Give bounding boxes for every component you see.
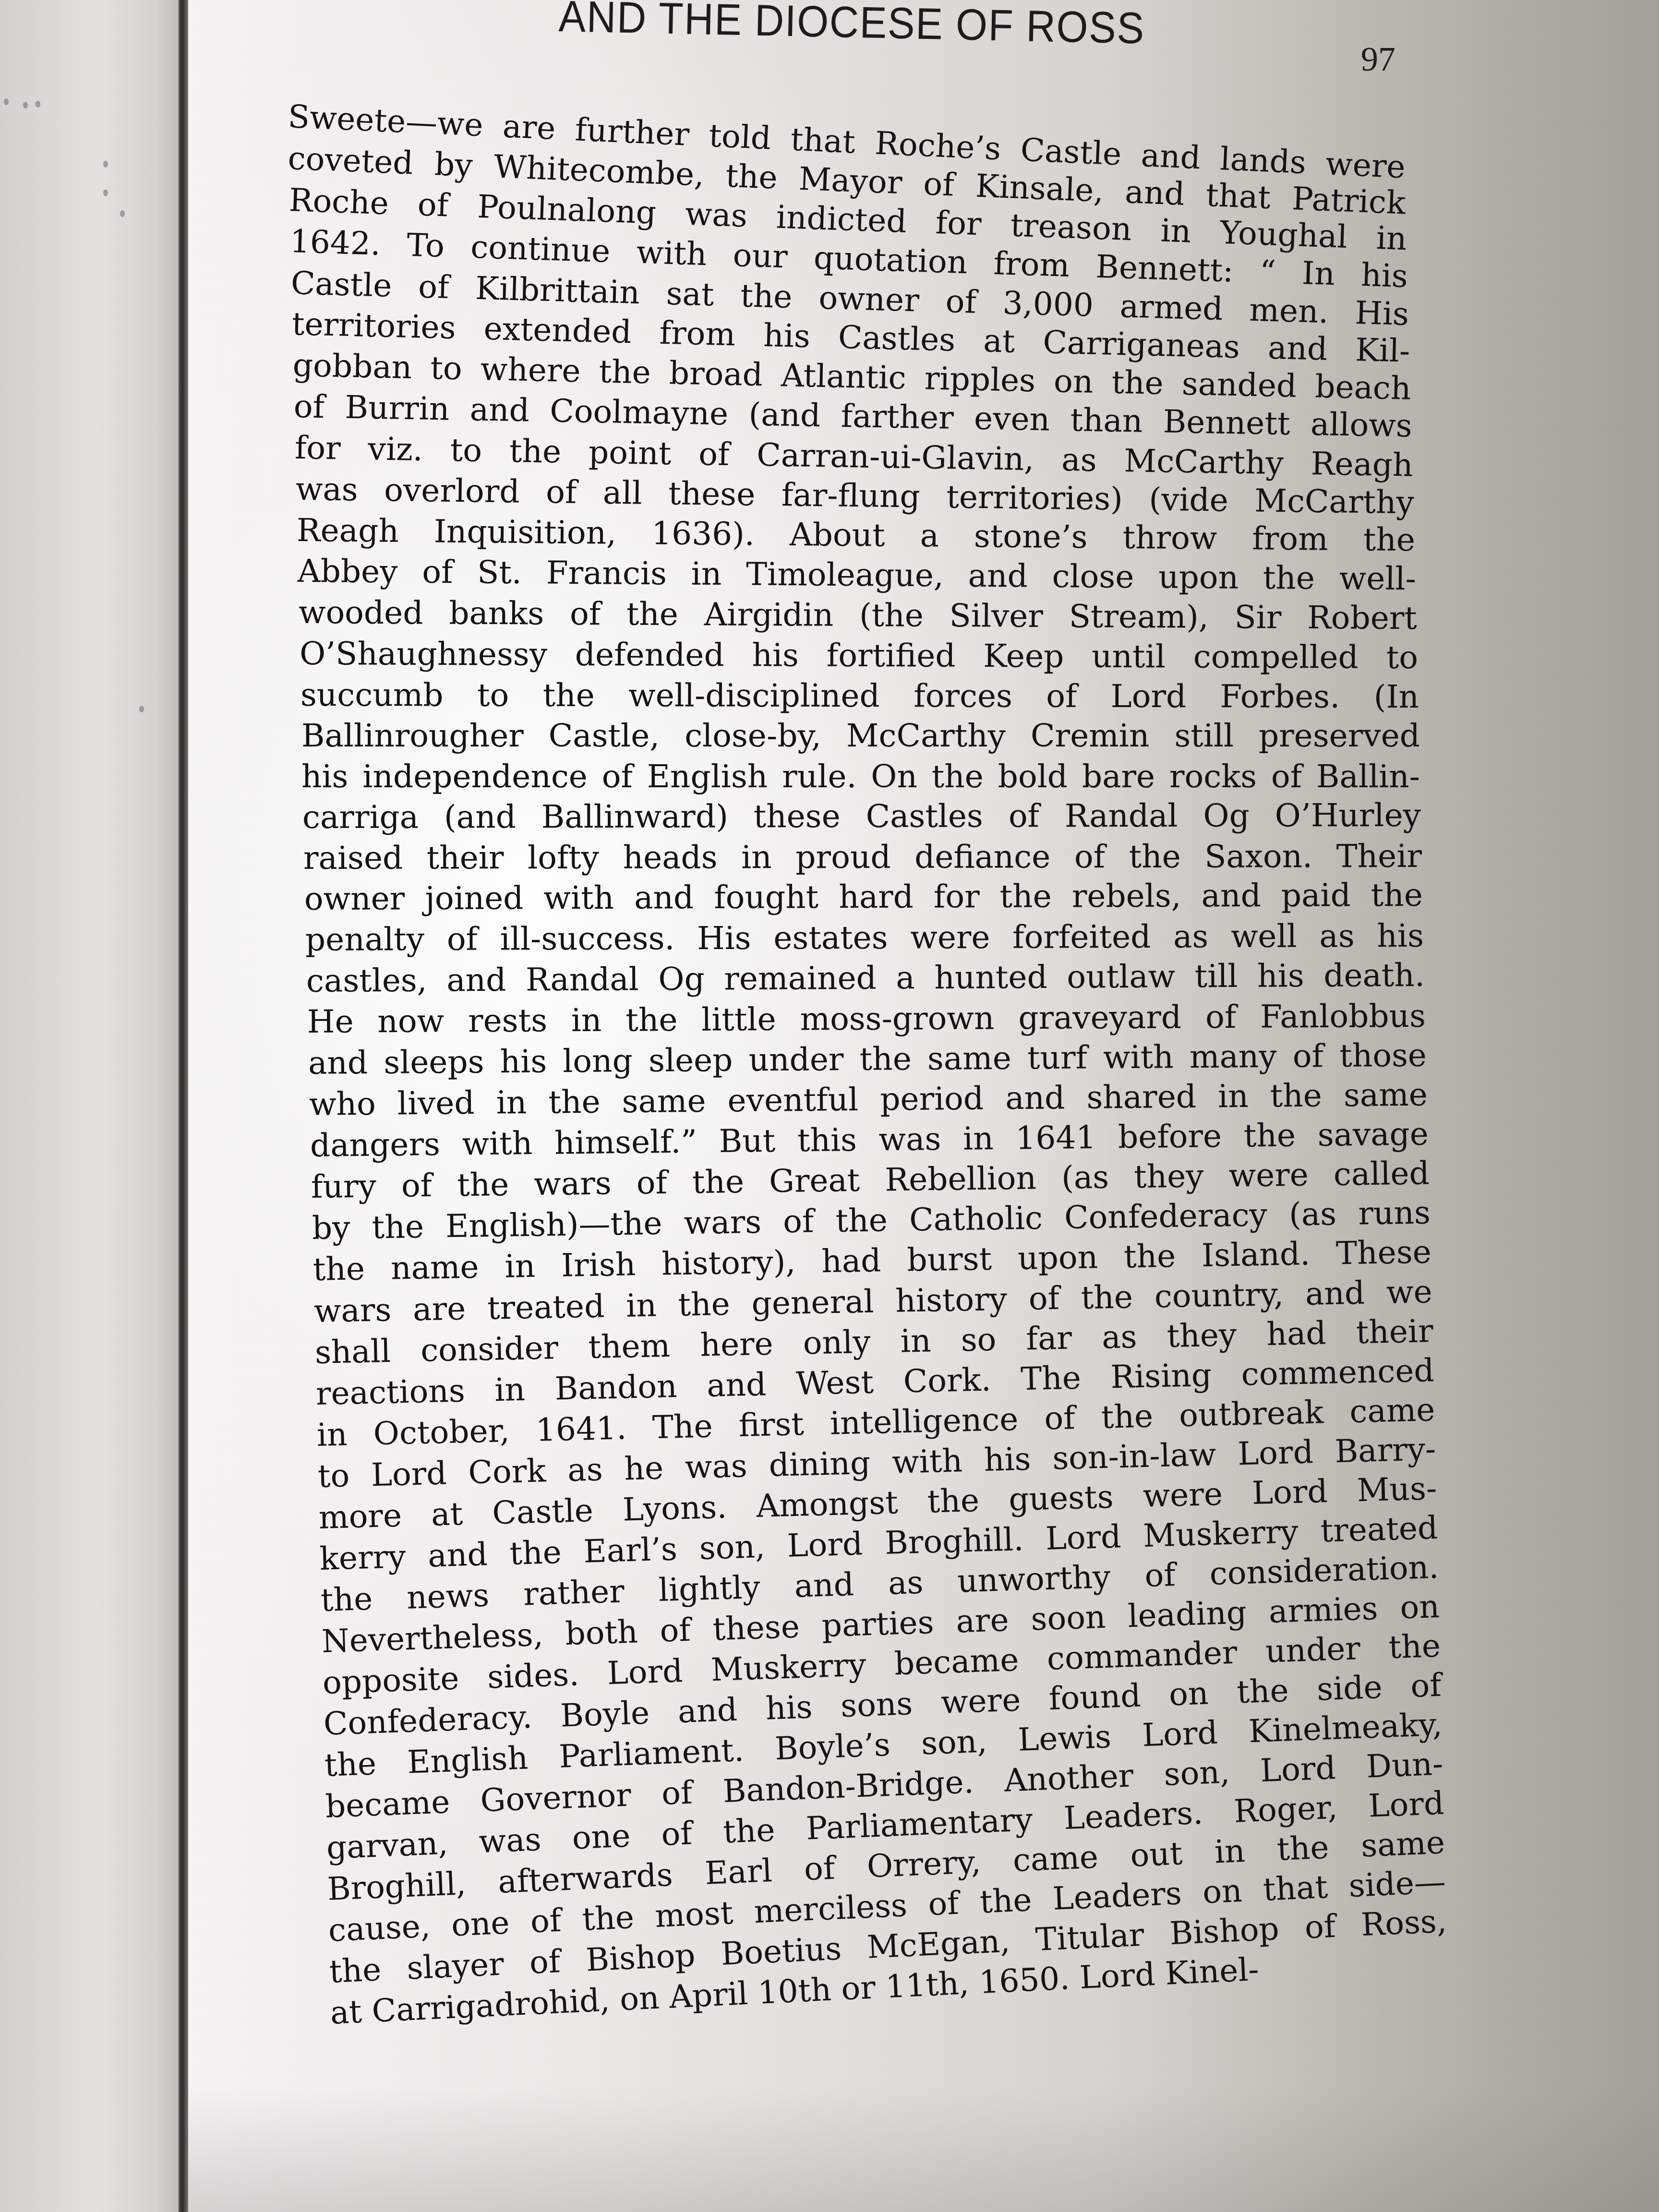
ink-speck [23, 102, 28, 108]
text-line: O’Shaughnessy defended his fortified Kee… [300, 632, 1418, 679]
book-gutter [179, 0, 188, 2212]
text-line: raised their lofty heads in proud defian… [303, 835, 1422, 880]
ink-speck [103, 190, 108, 196]
ink-speck [4, 98, 9, 105]
ink-speck [139, 706, 144, 712]
text-line: carriga (and Ballinward) these Castles o… [302, 794, 1421, 839]
ink-speck [36, 101, 40, 108]
ink-speck [103, 161, 108, 168]
ink-speck [120, 210, 125, 217]
book-photo: AND THE DIOCESE OF ROSS 97 Sweete—we are… [0, 0, 1659, 2212]
left-page-edge [0, 0, 179, 2212]
text-line: succumb to the well-disciplined forces o… [301, 673, 1419, 719]
text-line: Ballinrougher Castle, close-by, McCarthy… [301, 714, 1420, 757]
page-number: 97 [1361, 39, 1395, 79]
text-line: owner joined with and fought hard for th… [304, 874, 1423, 921]
text-line: his independence of English rule. On the… [301, 755, 1420, 798]
